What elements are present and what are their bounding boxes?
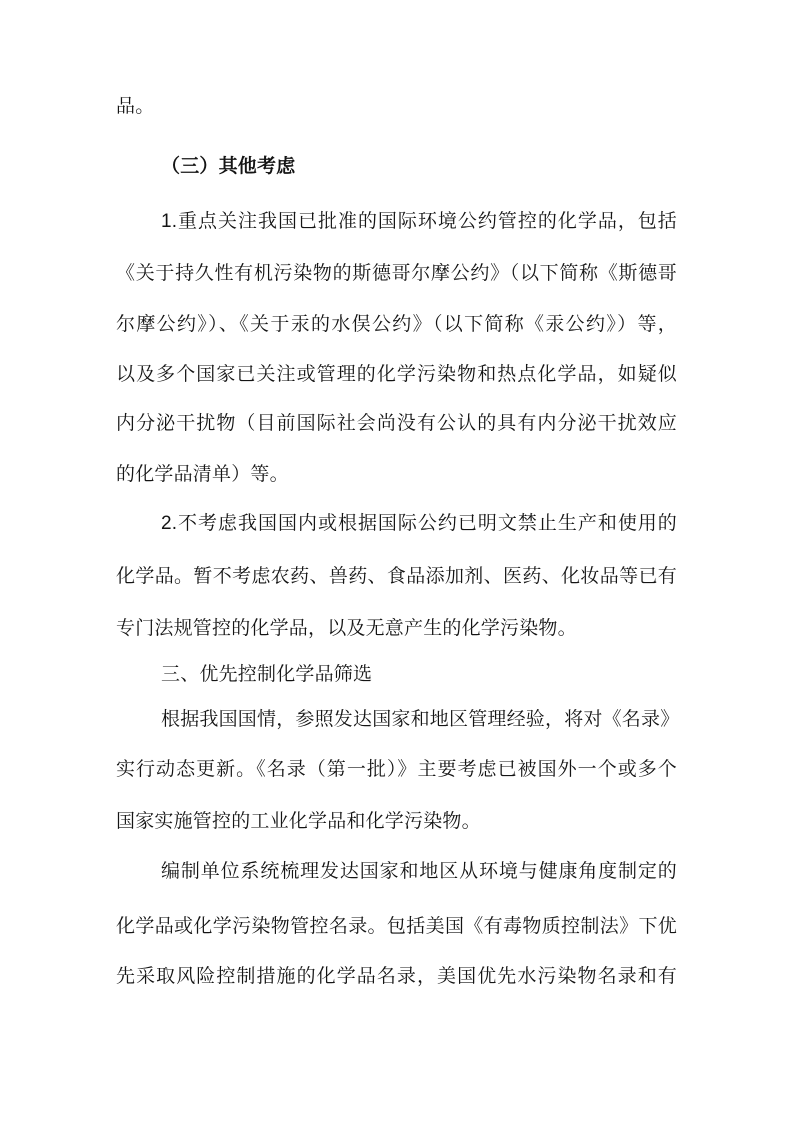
text-line: 先采取风险控制措施的化学品名录，美国优先水污染物名录和有 [116, 963, 677, 990]
section-heading-priority-screening: 三、优先控制化学品筛选 [116, 661, 677, 688]
text-line: 尔摩公约》）、《关于汞的水俣公约》（以下简称《汞公约》）等， [116, 311, 677, 338]
text-line: 品。 [116, 93, 677, 120]
section-heading-other-considerations: （三）其他考虑 [116, 153, 677, 180]
document-page: 品。 （三）其他考虑 1.重点关注我国已批准的国际环境公约管控的化学品，包括 《… [0, 0, 793, 1122]
text-line: 《关于持久性有机污染物的斯德哥尔摩公约》（以下简称《斯德哥 [116, 260, 677, 287]
text-line: 的化学品清单）等。 [116, 461, 677, 488]
text-line: 国家实施管控的工业化学品和化学污染物。 [116, 808, 677, 835]
text-line: 编制单位系统梳理发达国家和地区从环境与健康角度制定的 [116, 858, 677, 885]
text-line: 2.不考虑我国国内或根据国际公约已明文禁止生产和使用的 [116, 510, 677, 537]
text-line: 化学品。暂不考虑农药、兽药、食品添加剂、医药、化妆品等已有 [116, 563, 677, 590]
text-line: 1.重点关注我国已批准的国际环境公约管控的化学品，包括 [116, 208, 677, 235]
text-line: 化学品或化学污染物管控名录。包括美国《有毒物质控制法》下优 [116, 913, 677, 940]
text-line: 根据我国国情，参照发达国家和地区管理经验，将对《名录》 [116, 706, 677, 733]
text-line: 以及多个国家已关注或管理的化学污染物和热点化学品，如疑似 [116, 361, 677, 388]
text-line: 实行动态更新。《名录（第一批）》主要考虑已被国外一个或多个 [116, 756, 677, 783]
text-line: 内分泌干扰物（目前国际社会尚没有公认的具有内分泌干扰效应 [116, 410, 677, 437]
text-line: 专门法规管控的化学品，以及无意产生的化学污染物。 [116, 615, 677, 642]
